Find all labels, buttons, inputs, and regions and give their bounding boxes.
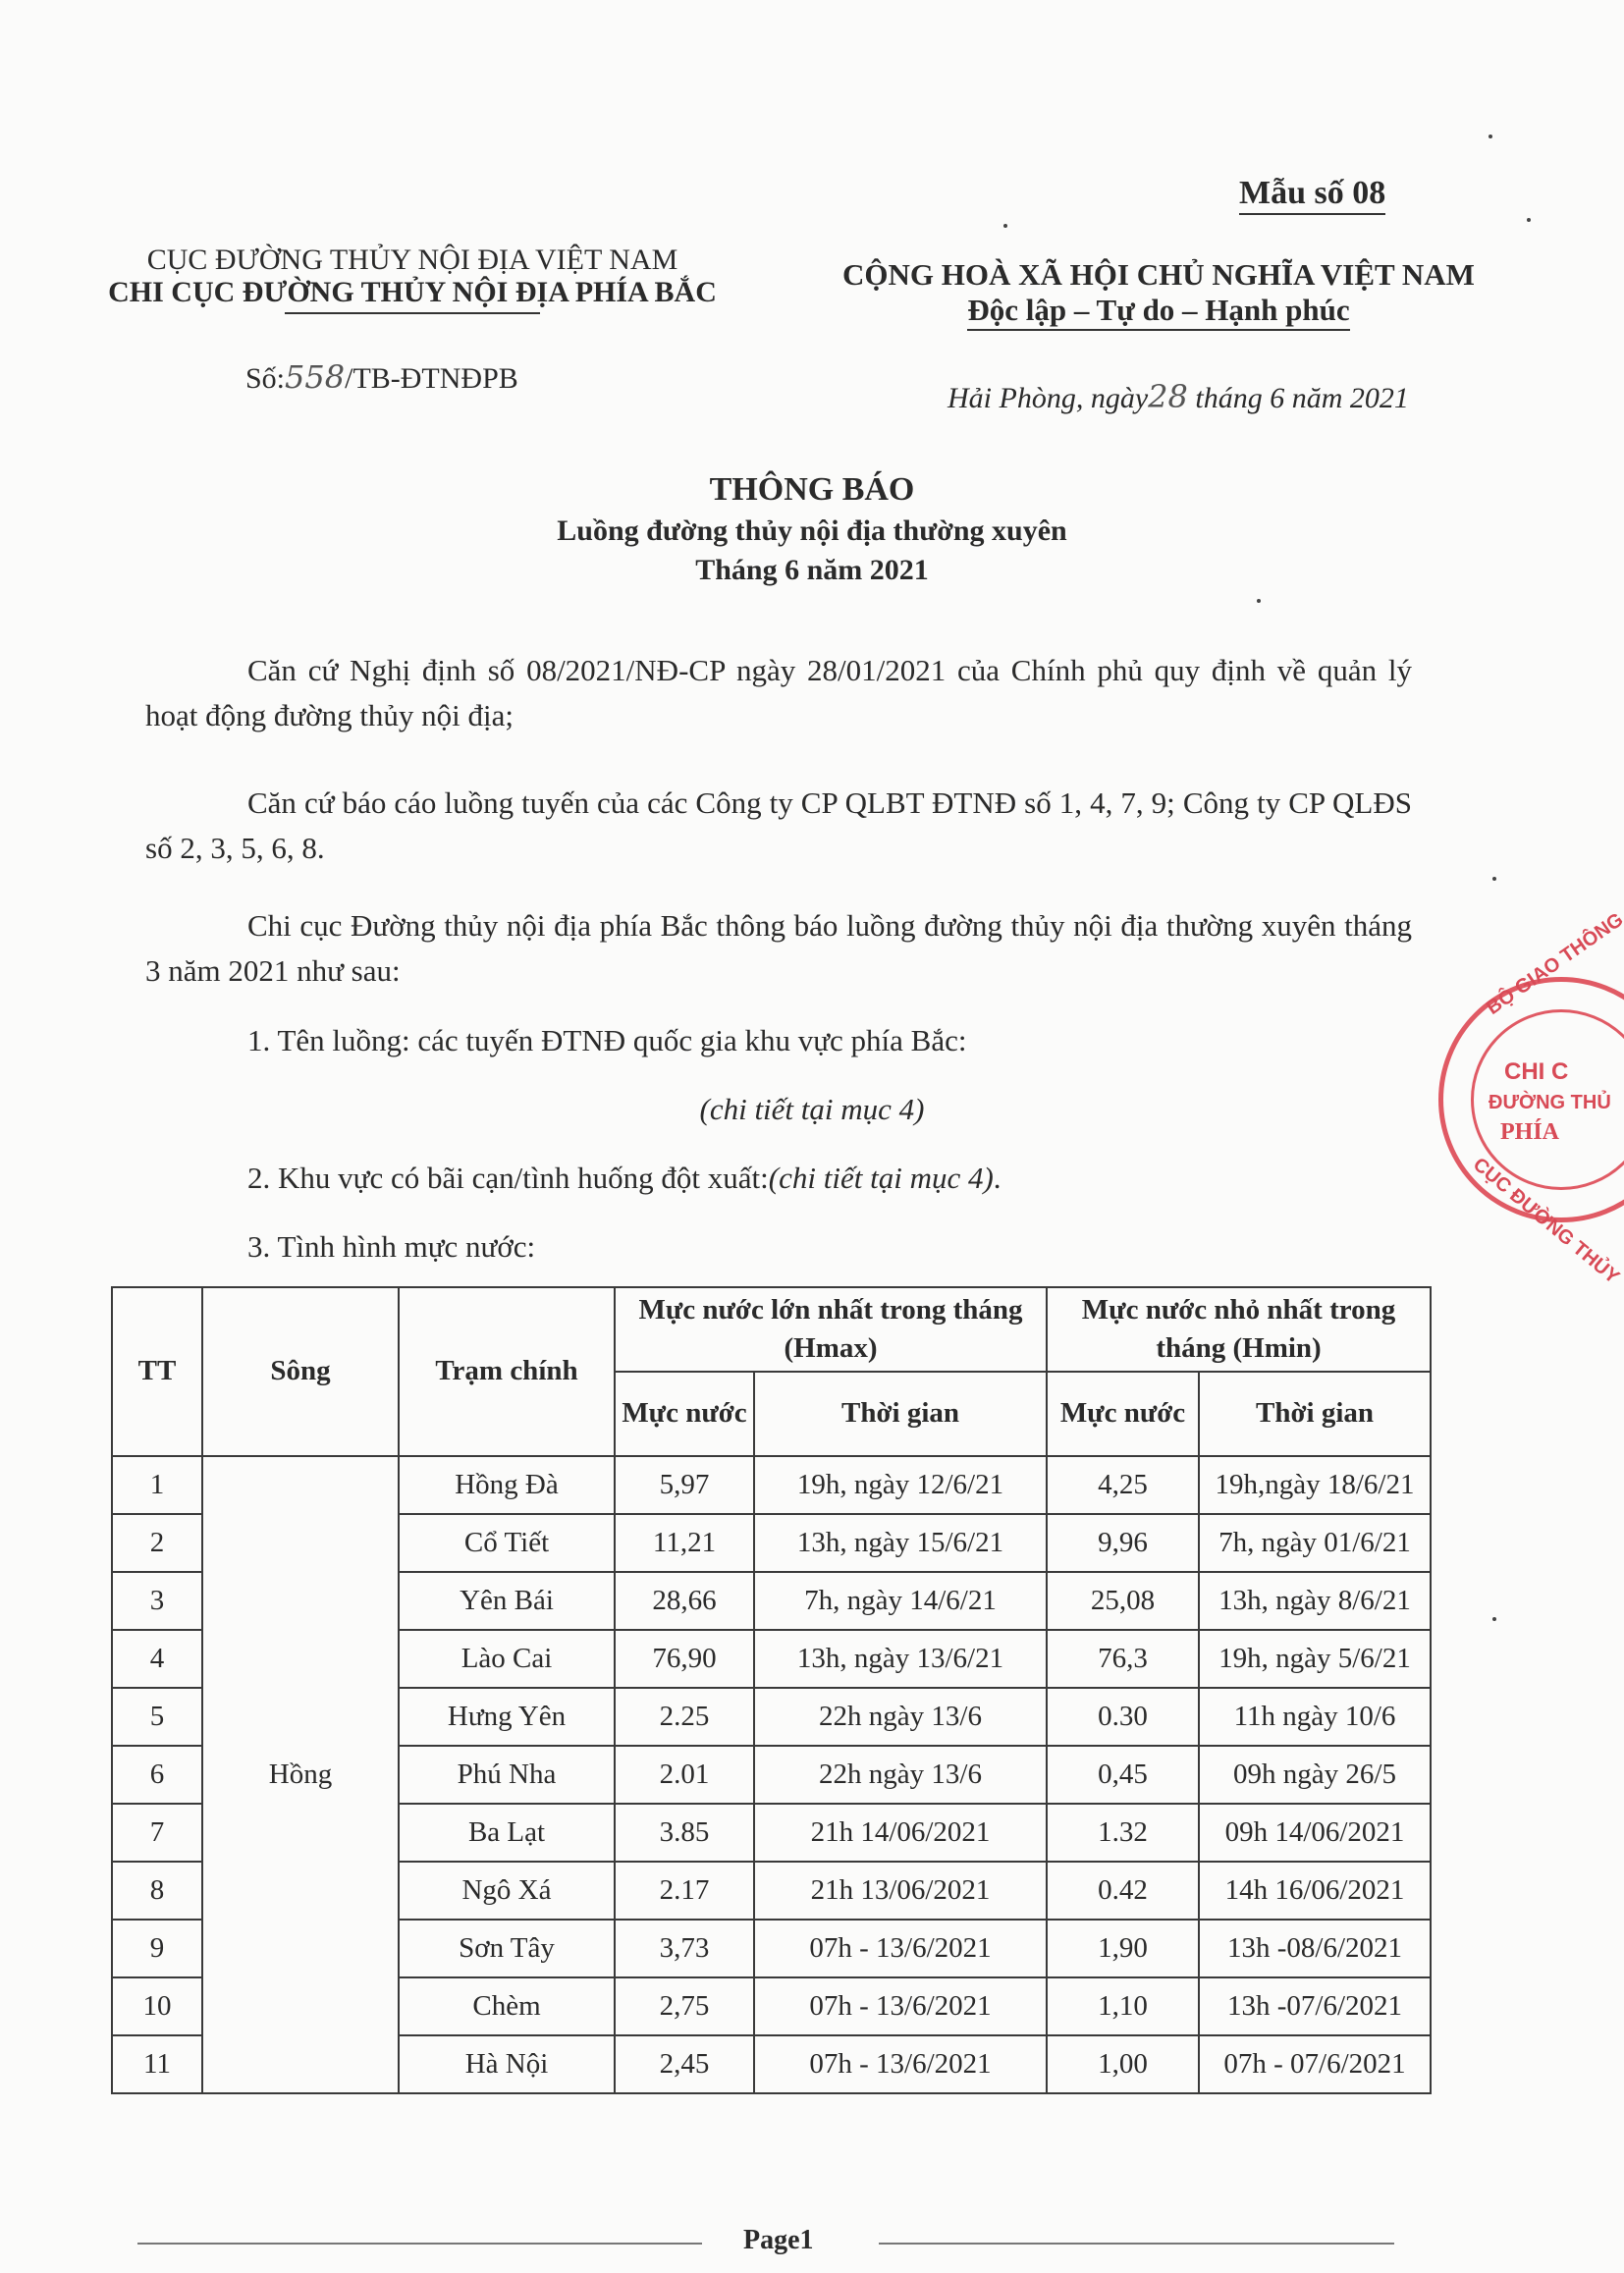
header-station: Trạm chính [399, 1287, 615, 1456]
header-hmax-level: Mực nước [615, 1372, 754, 1456]
cell-hmin-time: 13h -08/6/2021 [1199, 1920, 1431, 1977]
document-title: THÔNG BÁO Luồng đường thủy nội địa thườn… [0, 469, 1624, 591]
doc-number-handwritten: 558 [285, 358, 345, 396]
cell-hmax-level: 76,90 [615, 1630, 754, 1688]
cell-hmax-time: 21h 13/06/2021 [754, 1862, 1047, 1920]
official-red-stamp: BỘ GIAO THÔNG CỤC ĐƯỜNG THỦY CHI C ĐƯỜNG… [1438, 977, 1624, 1222]
paragraph-legal-basis-1: Căn cứ Nghị định số 08/2021/NĐ-CP ngày 2… [145, 648, 1412, 738]
cell-hmax-time: 7h, ngày 14/6/21 [754, 1572, 1047, 1630]
cell-hmin-time: 13h -07/6/2021 [1199, 1977, 1431, 2035]
cell-tt: 11 [112, 2035, 202, 2093]
table-row: 1HồngHồng Đà5,9719h, ngày 12/6/214,2519h… [112, 1456, 1431, 1514]
cell-tt: 1 [112, 1456, 202, 1514]
cell-tt: 10 [112, 1977, 202, 2035]
item-2-suffix: . [994, 1161, 1001, 1195]
nation-name: CỘNG HOÀ XÃ HỘI CHỦ NGHĨA VIỆT NAM [776, 257, 1542, 293]
header-river: Sông [202, 1287, 399, 1456]
cell-hmax-time: 13h, ngày 13/6/21 [754, 1630, 1047, 1688]
footer-rule-right [879, 2243, 1394, 2245]
cell-hmax-level: 2.25 [615, 1688, 754, 1746]
header-hmin-time: Thời gian [1199, 1372, 1431, 1456]
cell-hmin-level: 1,00 [1047, 2035, 1199, 2093]
cell-river: Hồng [202, 1456, 399, 2093]
cell-hmax-time: 22h ngày 13/6 [754, 1746, 1047, 1804]
scan-speck [1492, 1617, 1496, 1621]
cell-hmin-level: 0,45 [1047, 1746, 1199, 1804]
header-hmin-group: Mực nước nhỏ nhất trong tháng (Hmin) [1047, 1287, 1431, 1372]
cell-hmin-time: 07h - 07/6/2021 [1199, 2035, 1431, 2093]
cell-hmax-level: 28,66 [615, 1572, 754, 1630]
form-number: Mẫu số 08 [1239, 175, 1385, 215]
header-hmax-time: Thời gian [754, 1372, 1047, 1456]
cell-hmin-level: 76,3 [1047, 1630, 1199, 1688]
cell-hmax-level: 3,73 [615, 1920, 754, 1977]
cell-hmax-level: 2.01 [615, 1746, 754, 1804]
agency-name: CHI CỤC ĐƯỜNG THỦY NỘI ĐỊA PHÍA BẮC [59, 276, 766, 310]
cell-tt: 6 [112, 1746, 202, 1804]
page-number: Page1 [743, 2225, 814, 2256]
scan-speck [1492, 877, 1496, 881]
doc-number-suffix: /TB-ĐTNĐPB [345, 362, 518, 395]
cell-hmax-time: 13h, ngày 15/6/21 [754, 1514, 1047, 1572]
place-date-day: 28 [1148, 378, 1188, 415]
cell-station: Hưng Yên [399, 1688, 615, 1746]
title-main: THÔNG BÁO [0, 469, 1624, 512]
cell-station: Ngô Xá [399, 1862, 615, 1920]
stamp-line-2: ĐƯỜNG THỦ [1489, 1092, 1611, 1114]
cell-tt: 4 [112, 1630, 202, 1688]
cell-hmin-level: 4,25 [1047, 1456, 1199, 1514]
cell-hmin-time: 09h 14/06/2021 [1199, 1804, 1431, 1862]
cell-hmax-time: 07h - 13/6/2021 [754, 1977, 1047, 2035]
cell-hmin-level: 25,08 [1047, 1572, 1199, 1630]
scan-speck [1003, 224, 1007, 228]
cell-hmin-level: 1,90 [1047, 1920, 1199, 1977]
cell-hmax-time: 07h - 13/6/2021 [754, 2035, 1047, 2093]
stamp-outer-text-top: BỘ GIAO THÔNG [1483, 909, 1624, 1020]
item-1-detail: (chi tiết tại mục 4) [0, 1092, 1624, 1127]
cell-hmax-level: 2.17 [615, 1862, 754, 1920]
cell-station: Ba Lạt [399, 1804, 615, 1862]
cell-hmax-level: 11,21 [615, 1514, 754, 1572]
paragraph-legal-basis-2: Căn cứ báo cáo luồng tuyến của các Công … [145, 781, 1412, 871]
place-and-date: Hải Phòng, ngày28 tháng 6 năm 2021 [947, 378, 1409, 415]
cell-hmin-level: 1,10 [1047, 1977, 1199, 2035]
cell-hmax-level: 3.85 [615, 1804, 754, 1862]
title-period: Tháng 6 năm 2021 [0, 551, 1624, 591]
water-level-table: TT Sông Trạm chính Mực nước lớn nhất tro… [111, 1286, 1432, 2094]
title-subject: Luồng đường thủy nội địa thường xuyên [0, 512, 1624, 552]
item-2-label: 2. Khu vực có bãi cạn/tình huống đột xuấ… [247, 1161, 769, 1195]
paragraph-announcement: Chi cục Đường thủy nội địa phía Bắc thôn… [145, 903, 1412, 994]
footer-rule-left [137, 2243, 702, 2245]
cell-hmax-level: 2,45 [615, 2035, 754, 2093]
item-2-detail: (chi tiết tại mục 4) [769, 1161, 994, 1195]
cell-tt: 7 [112, 1804, 202, 1862]
header-hmin-level: Mực nước [1047, 1372, 1199, 1456]
header-hmax-group: Mực nước lớn nhất trong tháng (Hmax) [615, 1287, 1047, 1372]
cell-hmin-time: 09h ngày 26/5 [1199, 1746, 1431, 1804]
scan-speck [1527, 218, 1531, 222]
cell-hmin-time: 11h ngày 10/6 [1199, 1688, 1431, 1746]
cell-hmin-time: 14h 16/06/2021 [1199, 1862, 1431, 1920]
scan-speck [1489, 135, 1492, 138]
parent-agency: CỤC ĐƯỜNG THỦY NỘI ĐỊA VIỆT NAM [59, 244, 766, 276]
document-number: Số:558/TB-ĐTNĐPB [245, 358, 518, 396]
cell-tt: 8 [112, 1862, 202, 1920]
place-date-prefix: Hải Phòng, ngày [947, 382, 1148, 414]
cell-hmax-time: 19h, ngày 12/6/21 [754, 1456, 1047, 1514]
cell-station: Phú Nha [399, 1746, 615, 1804]
cell-hmin-time: 19h, ngày 5/6/21 [1199, 1630, 1431, 1688]
cell-hmax-time: 07h - 13/6/2021 [754, 1920, 1047, 1977]
agency-underline [285, 312, 540, 314]
cell-hmax-time: 22h ngày 13/6 [754, 1688, 1047, 1746]
cell-hmin-time: 7h, ngày 01/6/21 [1199, 1514, 1431, 1572]
header-tt: TT [112, 1287, 202, 1456]
cell-station: Chèm [399, 1977, 615, 2035]
cell-hmin-level: 9,96 [1047, 1514, 1199, 1572]
stamp-line-1: CHI C [1504, 1058, 1568, 1086]
cell-hmin-time: 19h,ngày 18/6/21 [1199, 1456, 1431, 1514]
doc-number-prefix: Số: [245, 362, 285, 395]
place-date-suffix: tháng 6 năm 2021 [1195, 382, 1409, 414]
cell-hmax-level: 2,75 [615, 1977, 754, 2035]
cell-hmin-time: 13h, ngày 8/6/21 [1199, 1572, 1431, 1630]
cell-tt: 2 [112, 1514, 202, 1572]
cell-station: Sơn Tây [399, 1920, 615, 1977]
stamp-line-3: PHÍA [1500, 1119, 1559, 1146]
item-3-water-levels: 3. Tình hình mực nước: [247, 1229, 535, 1265]
national-motto: Độc lập – Tự do – Hạnh phúc [967, 293, 1349, 332]
cell-hmin-level: 0.30 [1047, 1688, 1199, 1746]
cell-station: Lào Cai [399, 1630, 615, 1688]
issuing-organization: CỤC ĐƯỜNG THỦY NỘI ĐỊA VIỆT NAM CHI CỤC … [59, 244, 766, 314]
cell-station: Hồng Đà [399, 1456, 615, 1514]
cell-tt: 3 [112, 1572, 202, 1630]
cell-station: Yên Bái [399, 1572, 615, 1630]
item-1-channel-name: 1. Tên luồng: các tuyến ĐTNĐ quốc gia kh… [247, 1023, 966, 1058]
cell-hmin-level: 0.42 [1047, 1862, 1199, 1920]
national-heading: CỘNG HOÀ XÃ HỘI CHỦ NGHĨA VIỆT NAM Độc l… [776, 257, 1542, 331]
cell-hmax-time: 21h 14/06/2021 [754, 1804, 1047, 1862]
cell-station: Hà Nội [399, 2035, 615, 2093]
cell-station: Cổ Tiết [399, 1514, 615, 1572]
scan-speck [1257, 599, 1261, 603]
cell-hmin-level: 1.32 [1047, 1804, 1199, 1862]
cell-hmax-level: 5,97 [615, 1456, 754, 1514]
item-2-shoals: 2. Khu vực có bãi cạn/tình huống đột xuấ… [247, 1161, 1001, 1196]
cell-tt: 5 [112, 1688, 202, 1746]
cell-tt: 9 [112, 1920, 202, 1977]
